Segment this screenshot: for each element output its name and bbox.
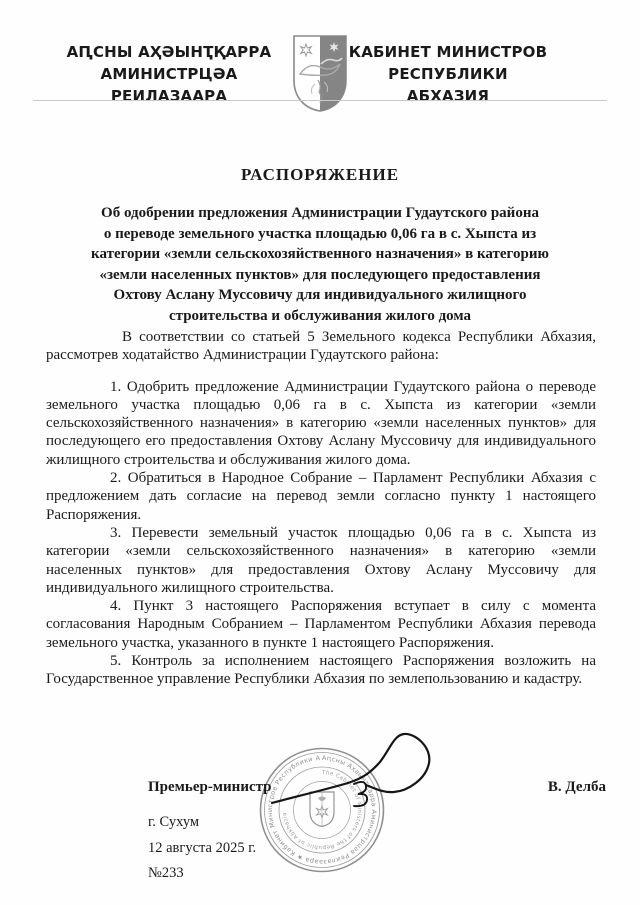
doc-footer: г. Сухум 12 августа 2025 г. №233 <box>148 810 256 887</box>
coat-of-arms-icon <box>291 34 349 114</box>
org-name-russian-line1: КАБИНЕТ МИНИСТРОВ <box>347 41 549 63</box>
order-item-3: 3. Перевести земельный участок площадью … <box>46 524 596 597</box>
date-line: 12 августа 2025 г. <box>148 836 256 862</box>
signature-scribble-icon <box>250 722 460 817</box>
doc-subject: Об одобрении предложения Администрации Г… <box>70 203 570 326</box>
subject-line: «земли населенных пунктов» для последующ… <box>70 265 570 286</box>
subject-line: категории «земли сельскохозяйственного н… <box>70 244 570 265</box>
order-item-5: 5. Контроль за исполнением настоящего Ра… <box>46 652 596 689</box>
subject-line: о переводе земельного участка площадью 0… <box>70 224 570 245</box>
org-name-abkhaz: АԤСНЫ АҲӘЫНҬҚАРРА АМИНИСТРЦӘА РЕИЛАЗААРА <box>56 41 282 107</box>
doc-number: №233 <box>148 861 256 887</box>
doc-body: В соответствии со статьей 5 Земельного к… <box>46 328 596 689</box>
subject-line: Охтову Аслану Муссовичу для индивидуальн… <box>70 285 570 306</box>
intro-paragraph: В соответствии со статьей 5 Земельного к… <box>46 328 596 365</box>
order-item-2: 2. Обратиться в Народное Собрание – Парл… <box>46 469 596 524</box>
signer-position: Премьер-министр <box>148 779 272 796</box>
org-name-abkhaz-line1: АԤСНЫ АҲӘЫНҬҚАРРА <box>56 41 282 63</box>
subject-line: строительства и обслуживания жилого дома <box>70 306 570 327</box>
scanned-decree-page: АԤСНЫ АҲӘЫНҬҚАРРА АМИНИСТРЦӘА РЕИЛАЗААРА… <box>0 0 640 905</box>
doc-type-title: РАСПОРЯЖЕНИЕ <box>0 165 640 185</box>
header-divider <box>33 100 607 101</box>
signer-name: В. Делба <box>548 779 606 796</box>
order-item-4: 4. Пункт 3 настоящего Распоряжения вступ… <box>46 597 596 652</box>
place-line: г. Сухум <box>148 810 256 836</box>
order-item-1: 1. Одобрить предложение Администрации Гу… <box>46 378 596 469</box>
org-name-russian: КАБИНЕТ МИНИСТРОВ РЕСПУБЛИКИ АБХАЗИЯ <box>347 41 549 107</box>
subject-line: Об одобрении предложения Администрации Г… <box>70 203 570 224</box>
